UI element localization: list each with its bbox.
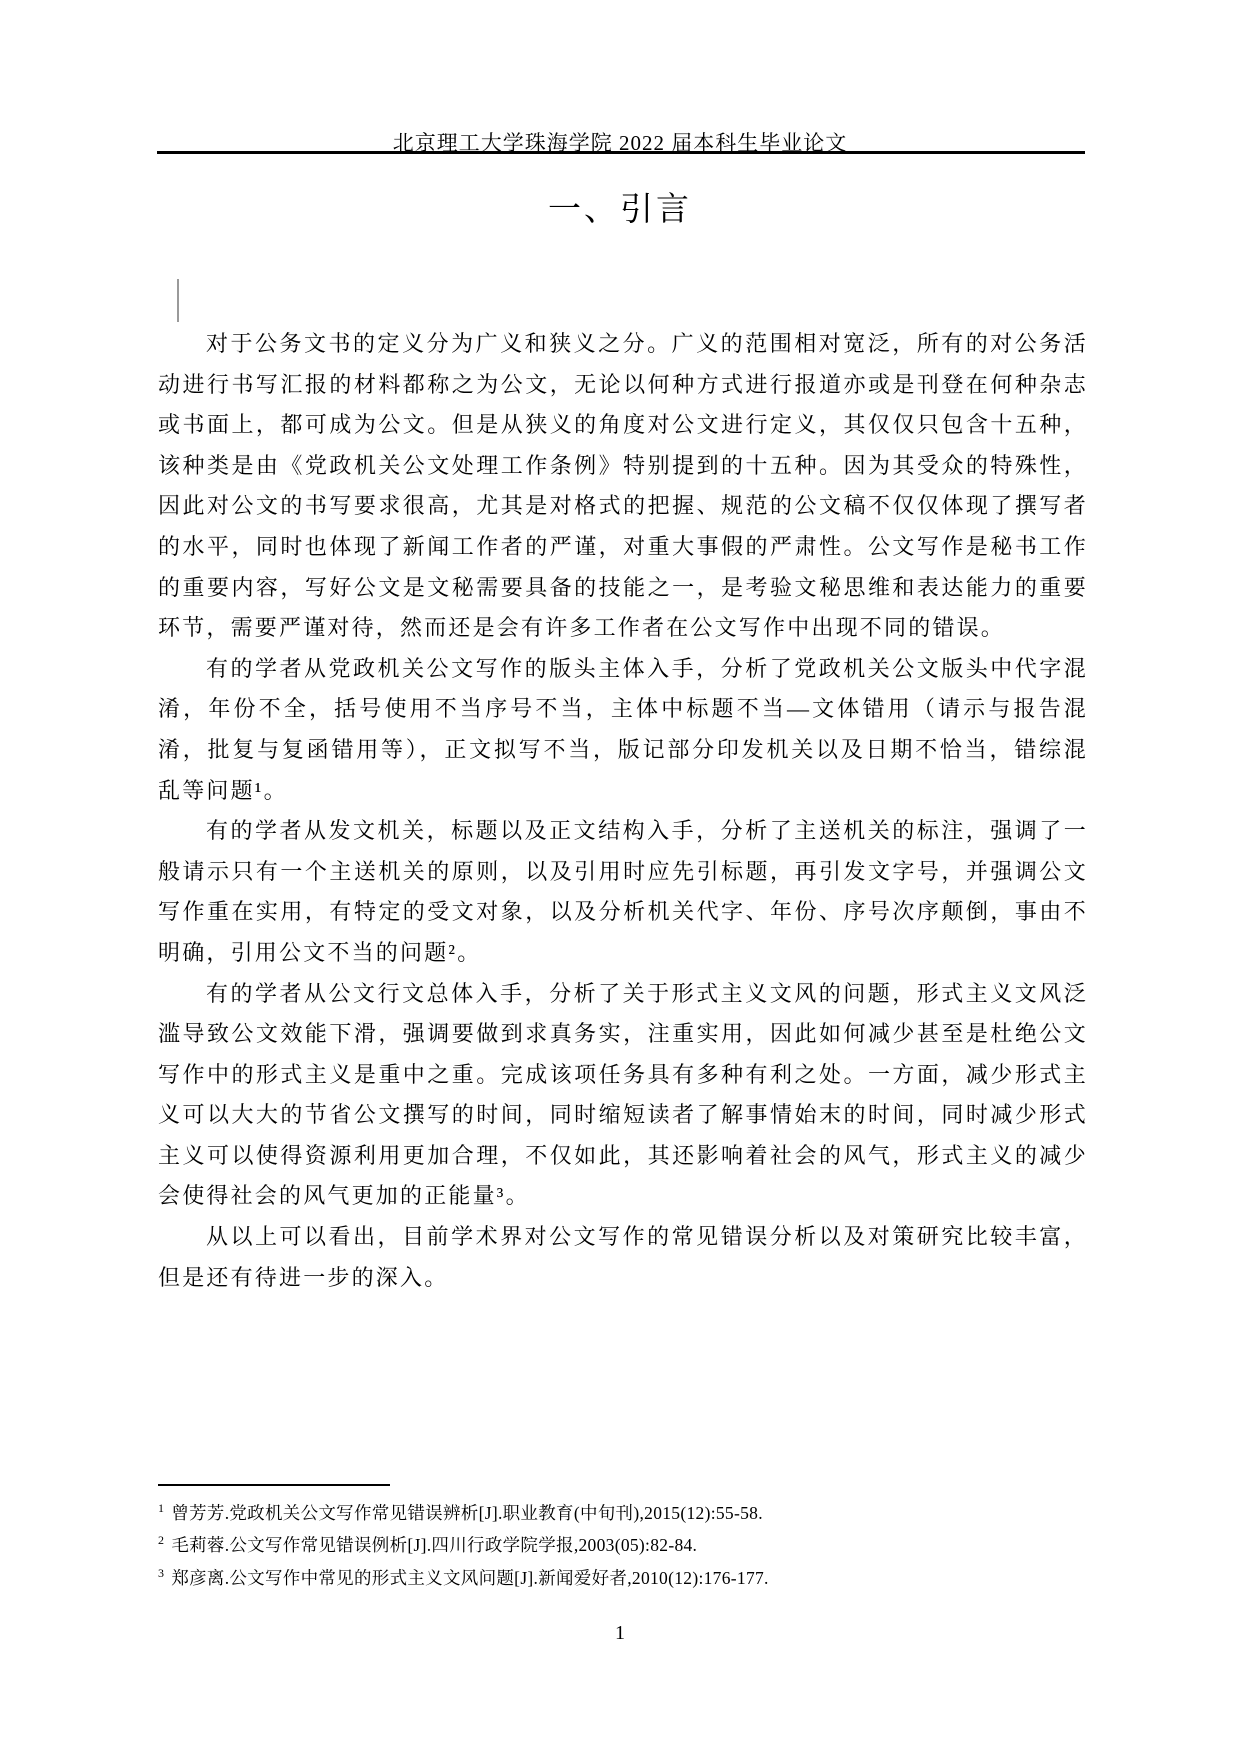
footnote-marker: 2	[158, 1533, 164, 1547]
body-paragraph: 对于公务文书的定义分为广义和狭义之分。广义的范围相对宽泛，所有的对公务活动进行书…	[158, 324, 1088, 649]
footnote-item: 2毛莉蓉.公文写作常见错误例析[J].四川行政学院学报,2003(05):82-…	[158, 1529, 1098, 1562]
footnote-marker: 3	[158, 1566, 164, 1580]
section-title: 一、引言	[0, 183, 1240, 230]
body-paragraph: 有的学者从党政机关公文写作的版头主体入手，分析了党政机关公文版头中代字混淆，年份…	[158, 649, 1088, 811]
document-body: 对于公务文书的定义分为广义和狭义之分。广义的范围相对宽泛，所有的对公务活动进行书…	[158, 324, 1088, 1298]
body-paragraph: 从以上可以看出，目前学术界对公文写作的常见错误分析以及对策研究比较丰富，但是还有…	[158, 1217, 1088, 1298]
footnote-text: 曾芳芳.党政机关公文写作常见错误辨析[J].职业教育(中旬刊),2015(12)…	[171, 1503, 763, 1523]
footnote-item: 1曾芳芳.党政机关公文写作常见错误辨析[J].职业教育(中旬刊),2015(12…	[158, 1497, 1098, 1530]
body-paragraph: 有的学者从公文行文总体入手，分析了关于形式主义文风的问题，形式主义文风泛滥导致公…	[158, 974, 1088, 1218]
page-number: 1	[0, 1622, 1240, 1645]
footnote-separator	[158, 1484, 390, 1486]
footnote-item: 3郑彦离.公文写作中常见的形式主义文风问题[J].新闻爱好者,2010(12):…	[158, 1562, 1098, 1595]
footnotes-section: 1曾芳芳.党政机关公文写作常见错误辨析[J].职业教育(中旬刊),2015(12…	[158, 1484, 1098, 1594]
text-cursor-bar	[177, 279, 179, 322]
body-paragraph: 有的学者从发文机关，标题以及正文结构入手，分析了主送机关的标注，强调了一般请示只…	[158, 811, 1088, 973]
document-page: 北京理工大学珠海学院 2022 届本科生毕业论文 一、引言 对于公务文书的定义分…	[0, 0, 1240, 1754]
footnote-text: 郑彦离.公文写作中常见的形式主义文风问题[J].新闻爱好者,2010(12):1…	[171, 1568, 768, 1588]
footnote-marker: 1	[158, 1501, 164, 1515]
header-rule	[157, 151, 1085, 154]
footnote-text: 毛莉蓉.公文写作常见错误例析[J].四川行政学院学报,2003(05):82-8…	[171, 1535, 697, 1555]
